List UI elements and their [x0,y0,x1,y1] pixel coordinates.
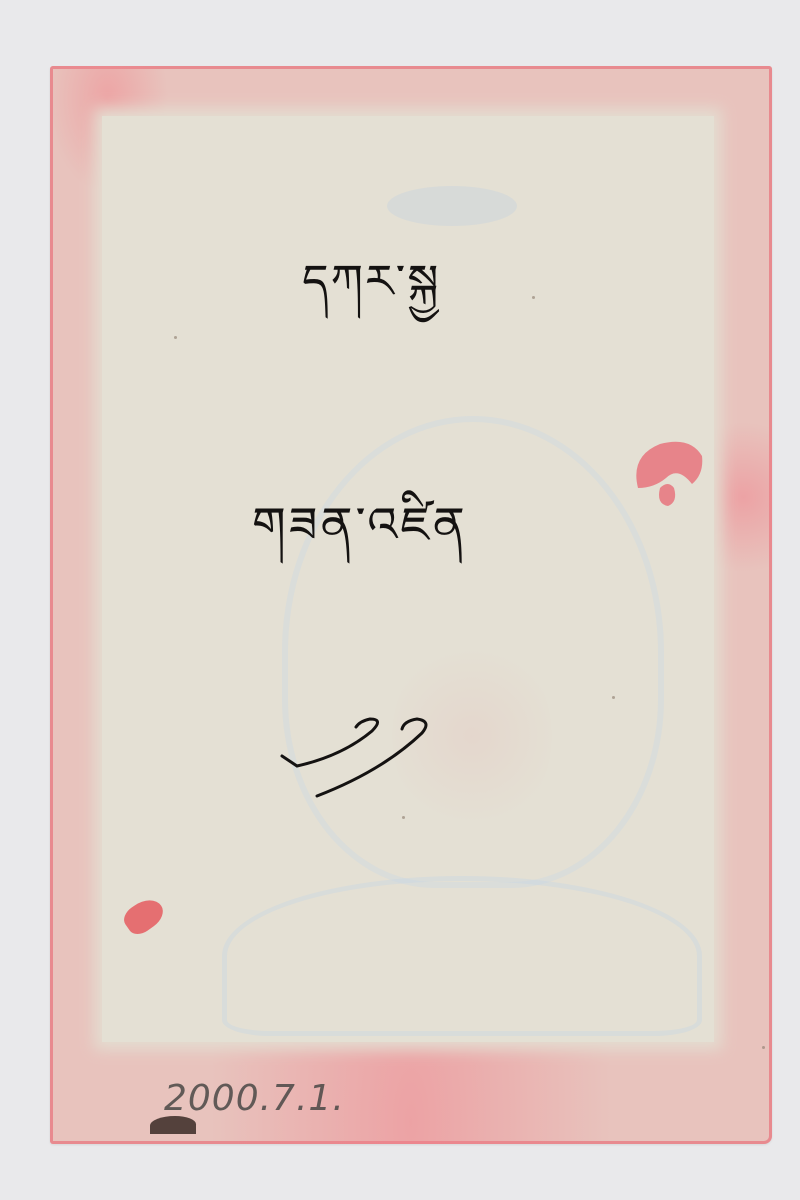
inscription-line-1: དཀར་སྐྱ [302,231,440,360]
red-ink-smear [120,893,169,939]
pencil-accession-number: 2000.7.1. [164,1078,345,1119]
paper-fleck [532,296,535,299]
paper-fleck [612,696,615,699]
inscription-line-2: གཟན་འཛིན [252,471,468,606]
ghost-image-top [387,186,517,226]
ghost-image-lotus [222,876,702,1036]
paper-fleck [762,1046,765,1049]
tsakli-card: དཀར་སྐྱ གཟན་འཛིན 2000.7.1. [50,66,772,1144]
card-inner-panel: དཀར་སྐྱ གཟན་འཛིན 2000.7.1. [102,116,714,1042]
red-stamp-icon [630,436,704,512]
paper-fleck [174,336,177,339]
paper-fleck [402,816,405,819]
inscription-mark [272,701,432,811]
dark-stain [150,1116,196,1134]
